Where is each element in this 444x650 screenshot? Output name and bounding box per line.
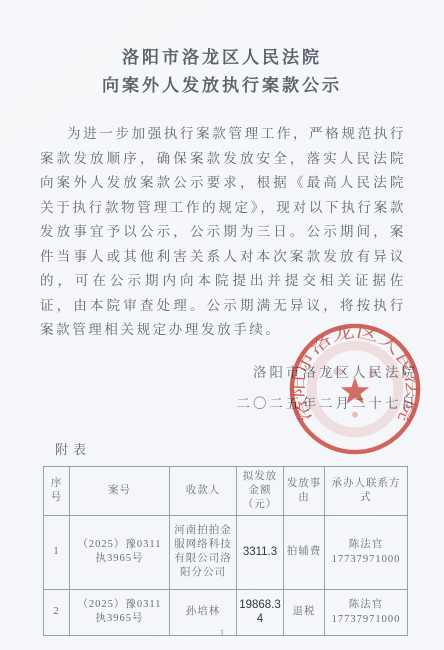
header-payee: 收款人 bbox=[170, 466, 237, 515]
contact-phone: 17737971000 bbox=[327, 612, 405, 627]
cell-payee: 河南拍拍金服网络科技有限公司洛阳分公司 bbox=[170, 515, 237, 589]
header-contact: 承办人联系方式 bbox=[325, 466, 408, 515]
page-number: 1 bbox=[0, 628, 444, 638]
distribution-table: 序号 案号 收款人 拟发放金额（元） 发放事由 承办人联系方式 1 （2025）… bbox=[43, 466, 408, 636]
cell-amount: 3311.3 bbox=[237, 515, 284, 589]
header-case-no: 案号 bbox=[70, 466, 170, 515]
cell-contact: 陈法官 17737971000 bbox=[325, 515, 408, 589]
title-line-2: 向案外人发放执行案款公示 bbox=[0, 72, 444, 100]
seal-text: 洛阳市洛龙区人民法院 bbox=[289, 323, 420, 425]
seal-speckle bbox=[369, 369, 377, 377]
seal-speckle bbox=[333, 367, 341, 375]
header-reason: 发放事由 bbox=[284, 466, 325, 515]
header-amount: 拟发放金额（元） bbox=[237, 466, 284, 515]
seal-speckle bbox=[352, 412, 358, 418]
header-index: 序号 bbox=[44, 466, 70, 515]
table-row: 1 （2025）豫0311执3965号 河南拍拍金服网络科技有限公司洛阳分公司 … bbox=[44, 515, 408, 589]
table-header-row: 序号 案号 收款人 拟发放金额（元） 发放事由 承办人联系方式 bbox=[44, 466, 408, 515]
svg-text:洛阳市洛龙区人民法院: 洛阳市洛龙区人民法院 bbox=[289, 323, 420, 425]
notice-title: 洛阳市洛龙区人民法院 向案外人发放执行案款公示 bbox=[0, 0, 444, 100]
notice-body-paragraph: 为进一步加强执行案款管理工作，严格规范执行案款发放顺序，确保案款发放安全，落实人… bbox=[40, 122, 406, 343]
title-line-1: 洛阳市洛龙区人民法院 bbox=[0, 44, 444, 72]
seal-star-icon bbox=[341, 377, 369, 404]
cell-index: 1 bbox=[44, 515, 70, 589]
contact-name: 陈法官 bbox=[327, 597, 405, 612]
cell-case-no: （2025）豫0311执3965号 bbox=[70, 515, 170, 589]
official-court-seal: 洛阳市洛龙区人民法院 bbox=[286, 320, 424, 458]
cell-reason: 拍辅费 bbox=[284, 515, 325, 589]
contact-phone: 17737971000 bbox=[327, 552, 405, 567]
document-page: 洛阳市洛龙区人民法院 向案外人发放执行案款公示 为进一步加强执行案款管理工作，严… bbox=[0, 0, 444, 650]
contact-name: 陈法官 bbox=[327, 537, 405, 552]
